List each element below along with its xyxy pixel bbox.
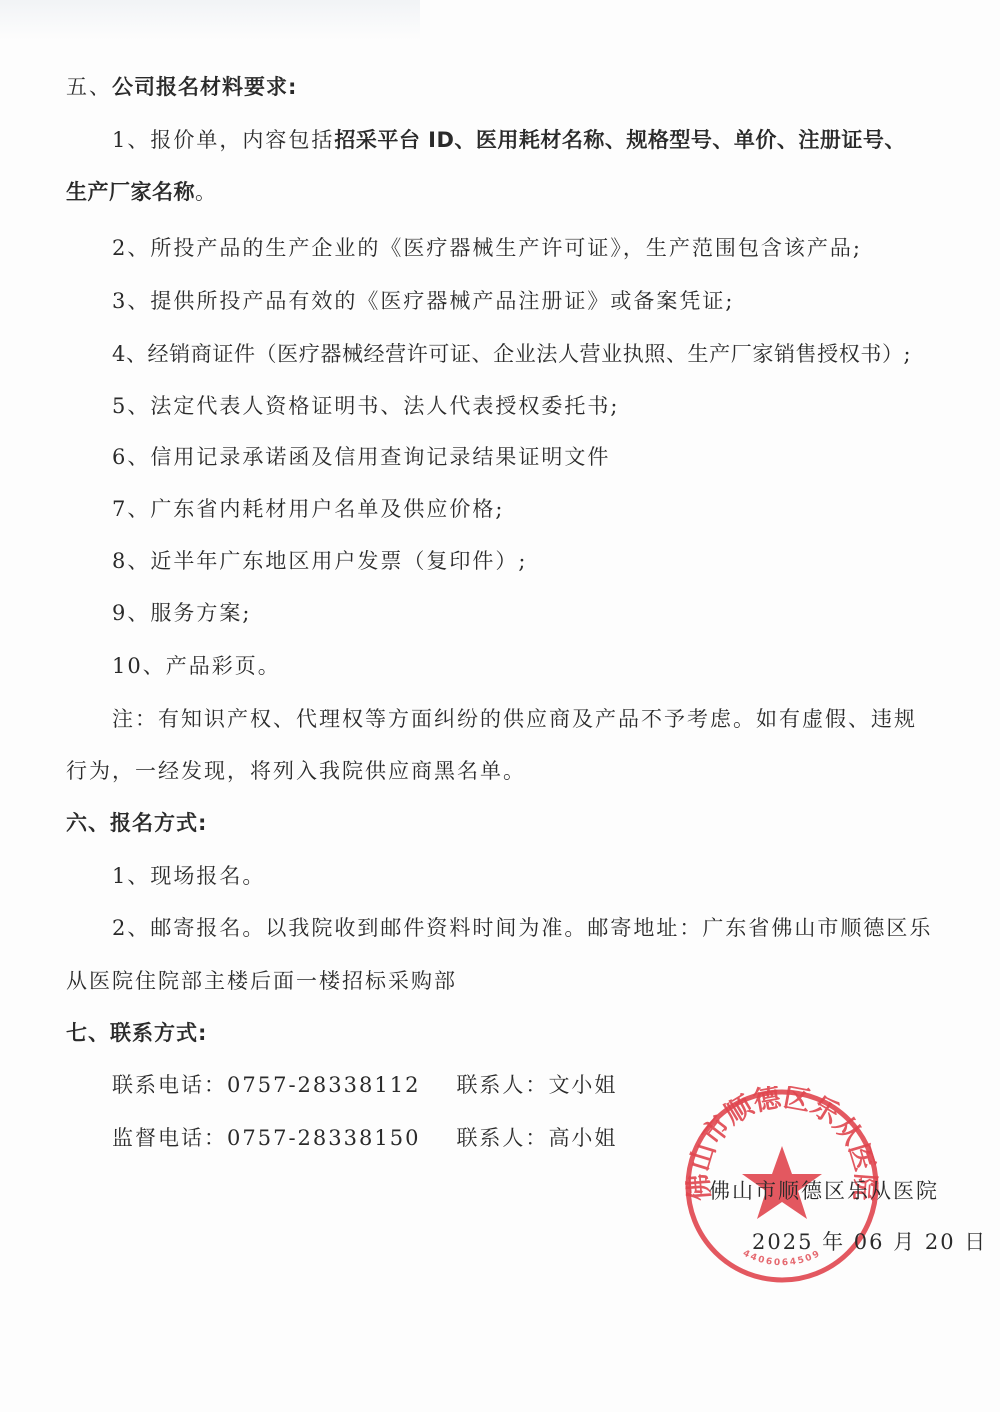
section-6-heading: 六、报名方式:: [66, 808, 207, 838]
contact-person-label: 联系人：: [456, 1126, 548, 1150]
signature-org: 佛山市顺德区乐从医院: [709, 1175, 939, 1205]
section-5-heading: 五、公司报名材料要求:: [66, 72, 297, 102]
list-item: 10、产品彩页。: [112, 651, 281, 681]
mail-registration-line2: 从医院住院部主楼后面一楼招标采购部: [66, 966, 457, 996]
item-1-bold-fields: 招采平台 ID、医用耗材名称、规格型号、单价、注册证号、: [334, 128, 906, 152]
list-item: 6、信用记录承诺函及信用查询记录结果证明文件: [112, 442, 610, 472]
contact-row: 监督电话：0757-28338150联系人：高小姐: [112, 1123, 617, 1153]
list-item: 8、近半年广东地区用户发票（复印件）;: [112, 546, 527, 576]
contact-person: 文小姐: [548, 1073, 617, 1097]
contact-row: 联系电话：0757-28338112联系人：文小姐: [112, 1070, 617, 1100]
list-item: 2、所投产品的生产企业的《医疗器械生产许可证》，生产范围包含该产品;: [112, 233, 862, 263]
item-1-line1: 1、报价单，内容包括招采平台 ID、医用耗材名称、规格型号、单价、注册证号、: [112, 125, 906, 155]
contact-phone[interactable]: 0757-28338112: [227, 1073, 420, 1097]
list-item: 3、提供所投产品有效的《医疗器械产品注册证》或备案凭证;: [112, 286, 734, 316]
list-item: 5、法定代表人资格证明书、法人代表授权委托书;: [112, 391, 619, 421]
list-item: 4、经销商证件（医疗器械经营许可证、企业法人营业执照、生产厂家销售授权书）;: [112, 339, 911, 369]
item-1-line2: 生产厂家名称。: [66, 177, 218, 207]
list-item: 9、服务方案;: [112, 598, 251, 628]
contact-label: 监督电话：: [112, 1126, 227, 1150]
note-line1: 注：有知识产权、代理权等方面纠纷的供应商及产品不予考虑。如有虚假、违规: [112, 704, 917, 734]
list-item: 7、广东省内耗材用户名单及供应价格;: [112, 494, 504, 524]
mail-registration-line1: 2、邮寄报名。以我院收到邮件资料时间为准。邮寄地址：广东省佛山市顺德区乐: [112, 913, 932, 943]
contact-phone[interactable]: 0757-28338150: [227, 1126, 420, 1150]
item-1-suffix: 。: [195, 180, 218, 204]
contact-person: 高小姐: [548, 1126, 617, 1150]
contact-label: 联系电话：: [112, 1073, 227, 1097]
section-5-number: 五、: [66, 75, 112, 99]
scan-artifact: [0, 0, 420, 40]
item-1-prefix: 1、报价单，内容包括: [112, 128, 334, 152]
note-line2: 行为，一经发现，将列入我院供应商黑名单。: [66, 756, 526, 786]
section-7-heading: 七、联系方式:: [66, 1018, 207, 1048]
section-5-title: 公司报名材料要求:: [112, 75, 297, 99]
item-1-bold-manufacturer: 生产厂家名称: [66, 180, 195, 204]
signature-date: 2025 年 06 月 20 日: [752, 1226, 987, 1256]
list-item: 1、现场报名。: [112, 861, 265, 891]
contact-person-label: 联系人：: [456, 1073, 548, 1097]
